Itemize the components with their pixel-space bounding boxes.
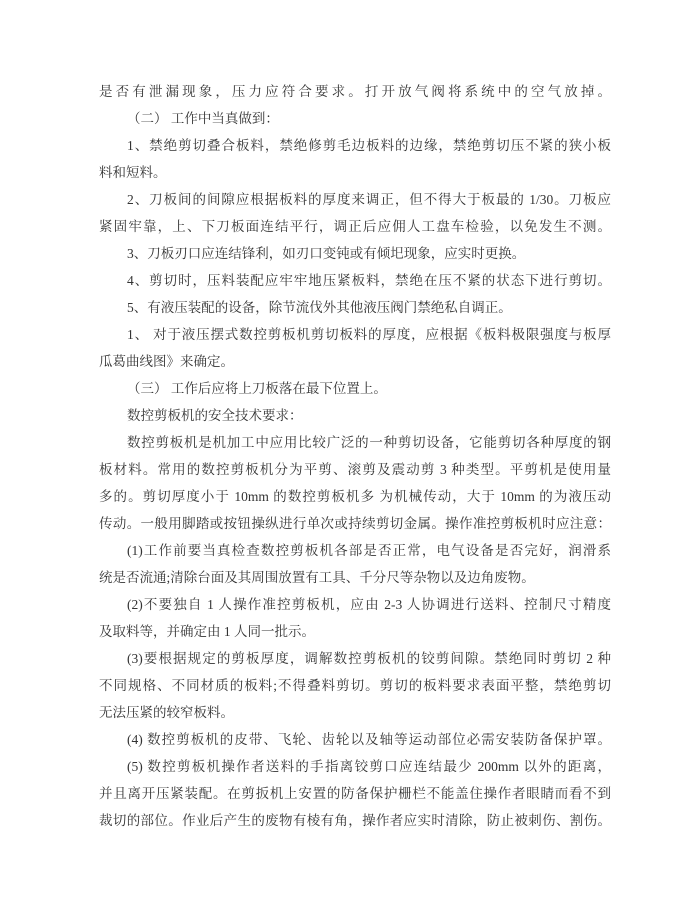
text-line: （三） 工作后应将上刀板落在最下位置上。 [99, 375, 611, 402]
text-line: 多的。剪切厚度小于 10mm 的数控剪板机多 为机械传动，大于 10mm 的为液… [99, 483, 611, 510]
text-line: 4、剪切时，压料装配应牢牢地压紧板料，禁绝在压不紧的状态下进行剪切。 [99, 267, 611, 294]
text-line: 传动。一般用脚踏或按钮操纵进行单次或持续剪切金属。操作准控剪板机时应注意： [99, 510, 611, 537]
text-line: 数控剪板机是机加工中应用比较广泛的一种剪切设备，它能剪切各种厚度的钢 [99, 429, 611, 456]
text-line: 板材料。常用的数控剪板机分为平剪、滚剪及震动剪 3 种类型。平剪机是使用量 [99, 456, 611, 483]
text-line: 瓜葛曲线图》来确定。 [99, 348, 611, 375]
text-line: 并且离开压紧装配。在剪扳机上安置的防备保护栅栏不能盖住操作者眼睛而看不到 [99, 780, 611, 807]
text-line: 3、刀板刃口应连结锋利，如刃口变钝或有倾圯现象，应实时更换。 [99, 240, 611, 267]
text-line: 及取料等，并确定由 1 人同一批示。 [99, 618, 611, 645]
text-line: 5、有液压装配的设备，除节流伐外其他液压阀门禁绝私自调正。 [99, 294, 611, 321]
text-line: (1)工作前要当真检查数控剪板机各部是否正常，电气设备是否完好，润滑系 [99, 537, 611, 564]
text-line: 紧固牢靠，上、下刀板面连结平行，调正后应佣人工盘车检验，以免发生不测。 [99, 213, 611, 240]
text-line: 统是否流通;清除台面及其周围放置有工具、千分尺等杂物以及边角废物。 [99, 564, 611, 591]
text-line: 是否有泄漏现象，压力应符合要求。打开放气阀将系统中的空气放掉。 [99, 78, 611, 105]
text-line: 料和短料。 [99, 159, 611, 186]
text-line: 不同规格、不同材质的板料;不得叠料剪切。剪切的板料要求表面平整，禁绝剪切 [99, 672, 611, 699]
text-line: 数控剪板机的安全技术要求： [99, 402, 611, 429]
document-page: 是否有泄漏现象，压力应符合要求。打开放气阀将系统中的空气放掉。（二） 工作中当真… [0, 0, 700, 905]
text-line: （二） 工作中当真做到： [99, 105, 611, 132]
text-line: (4) 数控剪板机的皮带、飞轮、齿轮以及轴等运动部位必需安装防备保护罩。 [99, 726, 611, 753]
text-line: 裁切的部位。作业后产生的废物有棱有角，操作者应实时清除，防止被刺伤、割伤。 [99, 807, 611, 834]
text-line: 1、 对于液压摆式数控剪板机剪切板料的厚度，应根据《板料极限强度与板厚 [99, 321, 611, 348]
text-line: (2)不要独自 1 人操作准控剪板机，应由 2-3 人协调进行送料、控制尺寸精度 [99, 591, 611, 618]
text-line: 1、禁绝剪切叠合板料，禁绝修剪毛边板料的边缘，禁绝剪切压不紧的狭小板 [99, 132, 611, 159]
text-line: 2、刀板间的间隙应根据板料的厚度来调正，但不得大于板最的 1/30。刀板应 [99, 186, 611, 213]
text-line: 无法压紧的较窄板料。 [99, 699, 611, 726]
document-text-block: 是否有泄漏现象，压力应符合要求。打开放气阀将系统中的空气放掉。（二） 工作中当真… [99, 78, 611, 834]
text-line: (5) 数控剪板机操作者送料的手指离铰剪口应连结最少 200mm 以外的距离， [99, 753, 611, 780]
text-line: (3)要根据规定的剪板厚度，调解数控剪板机的铰剪间隙。禁绝同时剪切 2 种 [99, 645, 611, 672]
